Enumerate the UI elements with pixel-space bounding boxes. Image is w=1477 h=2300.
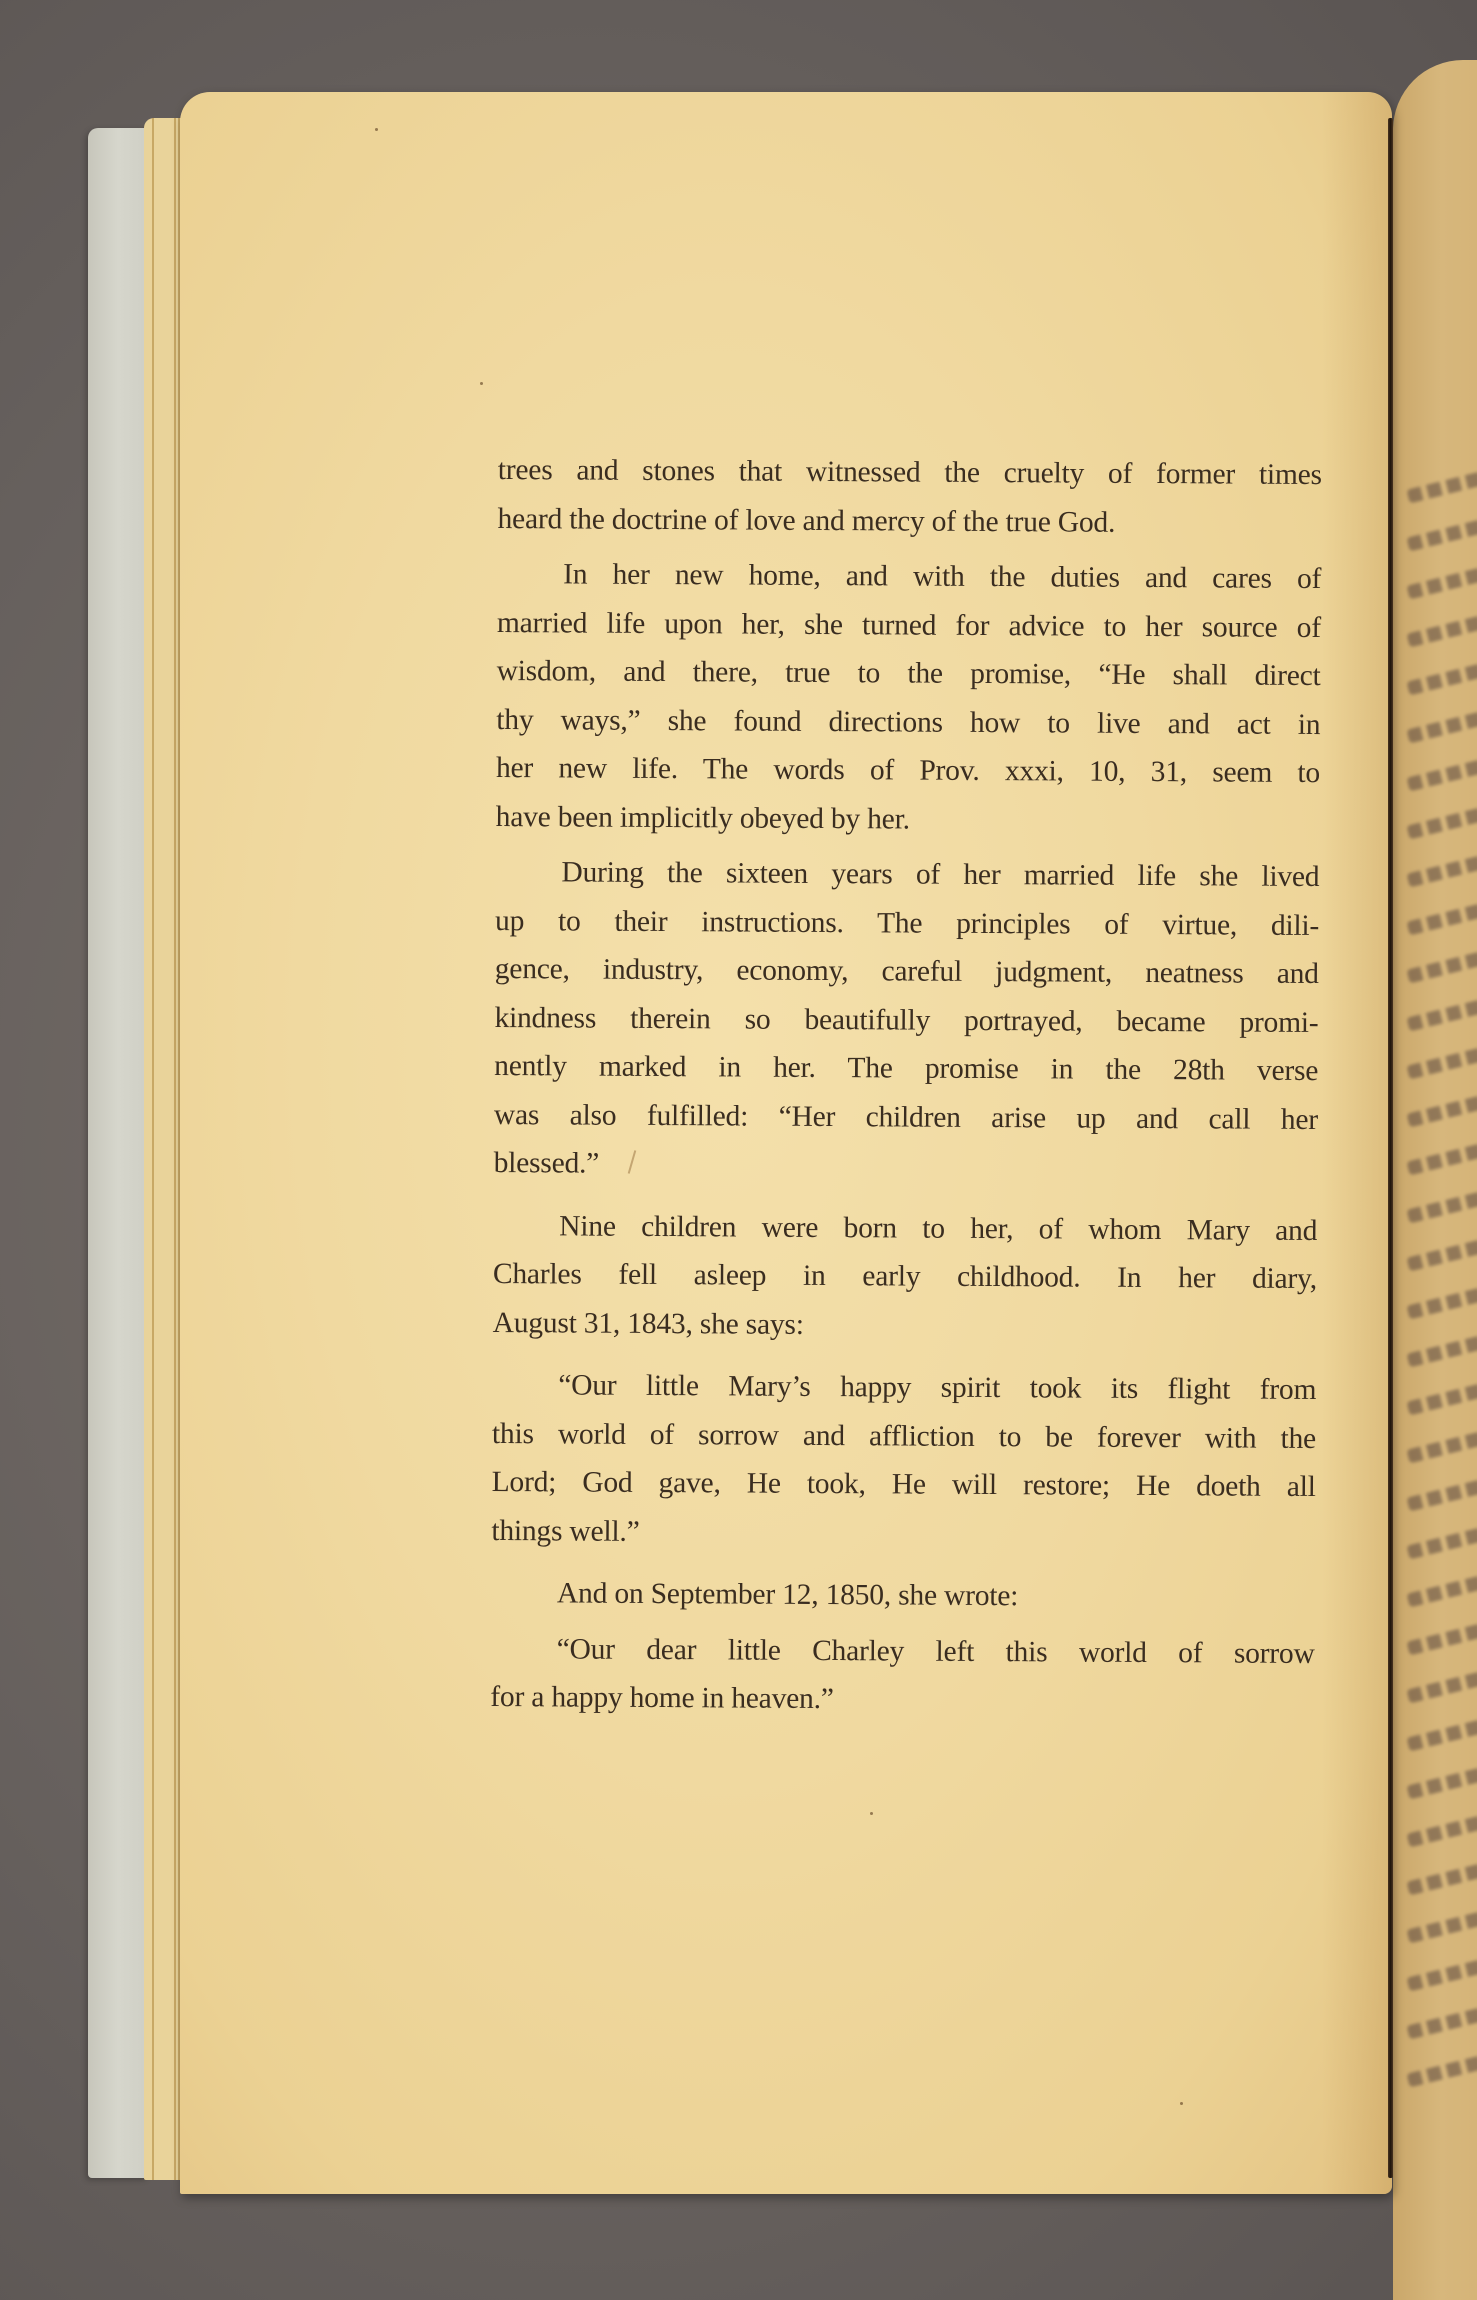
page-edge-line <box>174 118 176 2180</box>
text-line: thy ways,” she found directions how to l… <box>496 695 1320 749</box>
text-line: nently marked in her. The promise in the… <box>494 1042 1318 1096</box>
text-line: for a happy home in heaven.” <box>490 1673 1314 1727</box>
text-line: During the sixteen years of her married … <box>495 848 1319 902</box>
text-line: “Our dear little Charley left this world… <box>491 1624 1315 1678</box>
paper-speck <box>1180 2102 1183 2105</box>
page-edge-line <box>152 118 154 2180</box>
paper-speck <box>870 1812 873 1815</box>
photo-scene: trees and stones that witnessed the crue… <box>0 0 1477 2300</box>
text-line: kindness therein so beautifully portraye… <box>494 993 1318 1047</box>
text-line: Nine children were born to her, of whom … <box>493 1201 1317 1255</box>
facing-page <box>1393 60 1477 2300</box>
paper-speck <box>375 128 378 131</box>
paragraph-continued: trees and stones that witnessed the crue… <box>497 446 1322 548</box>
quote-mary: “Our little Mary’s happy spirit took its… <box>491 1361 1316 1560</box>
text-line: trees and stones that witnessed the crue… <box>498 446 1322 500</box>
text-line: “Our little Mary’s happy spirit took its… <box>492 1361 1316 1415</box>
text-line: heard the doctrine of love and mercy of … <box>497 494 1321 548</box>
text-line: wisdom, and there, true to the promise, … <box>496 647 1320 701</box>
spine-gutter <box>1388 118 1393 2178</box>
facing-page-illegible-text <box>1407 480 1477 2112</box>
paragraph-new-home: In her new home, and with the duties and… <box>496 550 1322 846</box>
back-cover-board <box>88 128 148 2178</box>
text-line: was also fulfilled: “Her children arise … <box>494 1090 1318 1144</box>
paragraph-sixteen-years: During the sixteen years of her married … <box>493 848 1319 1193</box>
text-line: August 31, 1843, she says: <box>492 1298 1316 1352</box>
text-line: And on September 12, 1850, she wrote: <box>491 1569 1315 1623</box>
text-line: Charles fell asleep in early childhood. … <box>493 1250 1317 1304</box>
text-line: have been implicitly obeyed by her. <box>496 792 1320 846</box>
text-line: up to their instructions. The principles… <box>495 896 1319 950</box>
page-text: trees and stones that witnessed the crue… <box>490 446 1322 1734</box>
text-line: blessed.” <box>493 1139 1317 1193</box>
paragraph-nine-children: Nine children were born to her, of whom … <box>492 1201 1317 1352</box>
text-line: gence, industry, economy, careful judgme… <box>495 945 1319 999</box>
paper-speck <box>480 382 483 385</box>
text-line: married life upon her, she turned for ad… <box>497 598 1321 652</box>
text-line: things well.” <box>491 1506 1315 1560</box>
text-line: In her new home, and with the duties and… <box>497 550 1321 604</box>
text-line: Lord; God gave, He took, He will restore… <box>492 1458 1316 1512</box>
paragraph-september: And on September 12, 1850, she wrote: <box>491 1569 1315 1623</box>
text-line: her new life. The words of Prov. xxxi, 1… <box>496 744 1320 798</box>
quote-charley: “Our dear little Charley left this world… <box>490 1624 1315 1726</box>
text-line: this world of sorrow and affliction to b… <box>492 1409 1316 1463</box>
